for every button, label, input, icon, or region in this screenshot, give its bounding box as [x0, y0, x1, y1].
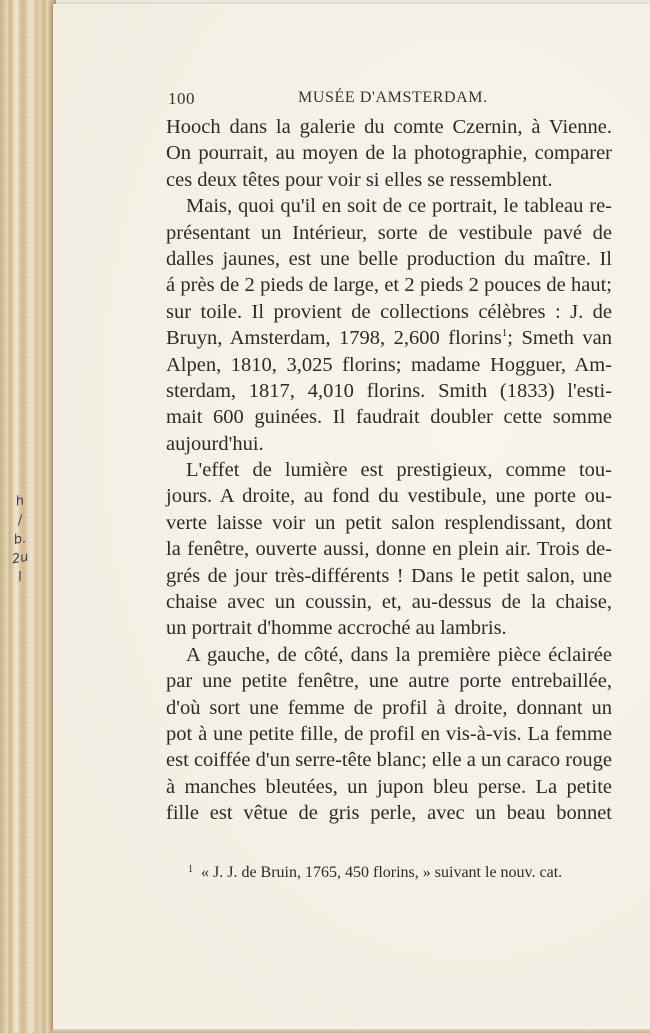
text-line: la fenêtre, ouverte aussi, donne en plei…	[166, 536, 612, 562]
running-head: 100 MUSÉE D'AMSTERDAM.	[168, 89, 608, 111]
text-line: á près de 2 pieds de large, et 2 pieds 2…	[166, 272, 612, 298]
margin-note: h	[10, 491, 29, 512]
text-line-content: la fenêtre, ouverte aussi, donne en plei…	[166, 538, 612, 560]
text-line: chaise avec un coussin, et, au-dessus de…	[166, 589, 612, 615]
text-line-content: un portrait d'homme accroché au lambris.	[166, 617, 507, 639]
text-line: sur toile. Il provient de collections cé…	[166, 299, 612, 325]
text-line: fille est vêtue de gris perle, avec un b…	[166, 800, 612, 826]
text-line: présentant un Intérieur, sorte de vestib…	[166, 220, 612, 246]
footnote: 1« J. J. de Bruin, 1765, 450 florins, » …	[188, 864, 612, 882]
margin-note: /	[10, 510, 29, 531]
text-line: dalles jaunes, est une belle production …	[166, 246, 612, 272]
page-bottom-edge	[53, 1029, 650, 1033]
text-line-content: grés de jour très-différents ! Dans le p…	[166, 565, 612, 587]
text-line: jours. A droite, au fond du vestibule, u…	[166, 483, 612, 509]
text-line: est coiffée d'un serre-tête blanc; elle …	[166, 747, 612, 773]
text-line-content: est coiffée d'un serre-tête blanc; elle …	[166, 749, 612, 771]
text-line: d'où sort une femme de profil à droite, …	[166, 695, 612, 721]
body-text: Hooch dans la galerie du comte Czernin, …	[166, 114, 612, 827]
text-line: grés de jour très-différents ! Dans le p…	[166, 563, 612, 589]
text-line: ces deux têtes pour voir si elles se res…	[166, 167, 612, 193]
footnote-text: « J. J. de Bruin, 1765, 450 florins, » s…	[201, 864, 562, 881]
text-line-content: d'où sort une femme de profil à droite, …	[166, 697, 612, 719]
text-line: verte laisse voir un petit salon resplen…	[166, 510, 612, 536]
text-line-content: A gauche, de côté, dans la première pièc…	[186, 644, 612, 666]
margin-note: 2u	[10, 548, 29, 569]
page-number: 100	[168, 89, 195, 109]
text-line-content: jours. A droite, au fond du vestibule, u…	[166, 485, 612, 507]
footnote-mark: 1	[188, 864, 193, 875]
text-line: Alpen, 1810, 3,025 florins; madame Hoggu…	[166, 352, 612, 378]
text-line-content: á près de 2 pieds de large, et 2 pieds 2…	[166, 274, 612, 296]
text-line: un portrait d'homme accroché au lambris.	[166, 615, 612, 641]
text-line-content: Bruyn, Amsterdam, 1798, 2,600 florins	[166, 327, 502, 349]
text-line-content: mait 600 guinées. Il faudrait doubler ce…	[166, 406, 612, 428]
text-line-content: présentant un Intérieur, sorte de vestib…	[166, 222, 612, 244]
text-line: sterdam, 1817, 4,010 florins. Smith (183…	[166, 378, 612, 404]
text-line-content: ; Smeth van	[507, 327, 612, 349]
handwritten-margin-notes: h / b. 2u l	[12, 492, 28, 587]
text-line-content: On pourrait, au moyen de la photographie…	[166, 142, 612, 164]
text-line-content: verte laisse voir un petit salon resplen…	[166, 512, 612, 534]
text-line-content: pot à une petite fille, de profil en vis…	[166, 723, 612, 745]
text-line: à manches bleutées, un jupon bleu perse.…	[166, 774, 612, 800]
text-line: On pourrait, au moyen de la photographie…	[166, 140, 612, 166]
text-line-content: L'effet de lumière est prestigieux, comm…	[186, 459, 612, 481]
running-title: MUSÉE D'AMSTERDAM.	[298, 89, 488, 107]
text-line-content: sterdam, 1817, 4,010 florins. Smith (183…	[166, 380, 612, 402]
text-line: mait 600 guinées. Il faudrait doubler ce…	[166, 404, 612, 430]
text-line-content: chaise avec un coussin, et, au-dessus de…	[166, 591, 612, 613]
text-line: pot à une petite fille, de profil en vis…	[166, 721, 612, 747]
text-line-content: aujourd'hui.	[166, 433, 264, 455]
margin-note: l	[10, 567, 29, 588]
text-line-content: ces deux têtes pour voir si elles se res…	[166, 169, 553, 191]
text-line-content: Alpen, 1810, 3,025 florins; madame Hoggu…	[166, 354, 612, 376]
text-line-content: dalles jaunes, est une belle production …	[166, 248, 612, 270]
text-line-content: Hooch dans la galerie du comte Czernin, …	[166, 116, 612, 138]
text-line-content: sur toile. Il provient de collections cé…	[166, 301, 612, 323]
text-line: par une petite fenêtre, une autre porte …	[166, 668, 612, 694]
margin-note: b.	[10, 529, 29, 550]
text-line: Mais, quoi qu'il en soit de ce portrait,…	[166, 193, 612, 219]
text-line: aujourd'hui.	[166, 431, 612, 457]
text-line-content: fille est vêtue de gris perle, avec un b…	[166, 802, 612, 824]
text-line: Hooch dans la galerie du comte Czernin, …	[166, 114, 612, 140]
text-line: A gauche, de côté, dans la première pièc…	[166, 642, 612, 668]
text-line-content: à manches bleutées, un jupon bleu perse.…	[166, 776, 612, 798]
text-line-content: par une petite fenêtre, une autre porte …	[166, 670, 612, 692]
page-edges	[0, 0, 56, 1033]
text-line-content: Mais, quoi qu'il en soit de ce portrait,…	[186, 195, 612, 217]
text-line: L'effet de lumière est prestigieux, comm…	[166, 457, 612, 483]
text-line: Bruyn, Amsterdam, 1798, 2,600 florins1; …	[166, 325, 612, 351]
